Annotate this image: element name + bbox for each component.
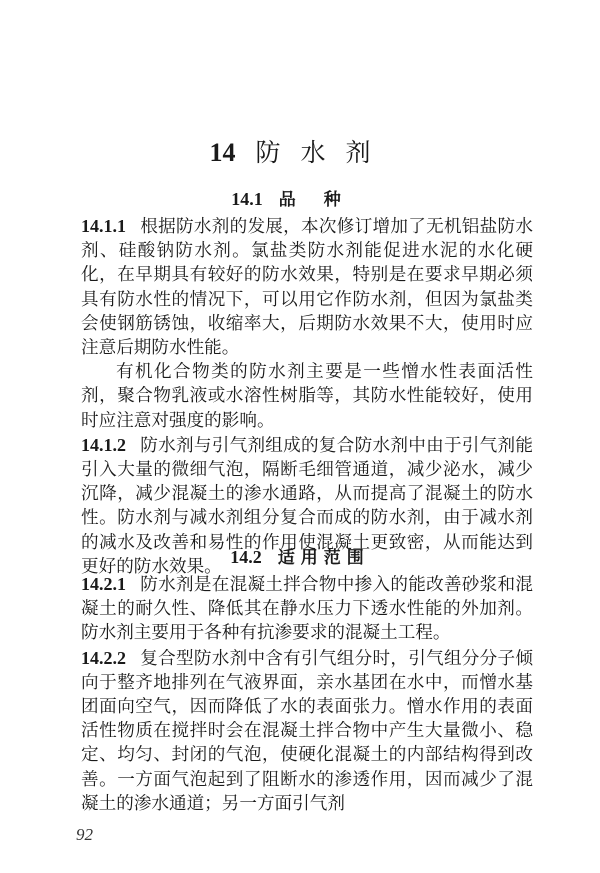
clause-text: 复合型防水剂中含有引气组分时，引气组分分子倾向于整齐地排列在气液界面，亲水基团在… (81, 649, 533, 814)
document-page: 14防水剂 14.1品种 14.1.1根据防水剂的发展，本次修订增加了无机铝盐防… (0, 0, 600, 873)
chapter-title: 14防水剂 (0, 133, 600, 169)
clause-text: 根据防水剂的发展，本次修订增加了无机铝盐防水剂、硅酸钠防水剂。氯盐类防水剂能促进… (81, 217, 533, 358)
clause-number: 14.1.2 (81, 435, 126, 455)
clause-number: 14.2.2 (81, 648, 126, 668)
clause-14-1-1: 14.1.1根据防水剂的发展，本次修订增加了无机铝盐防水剂、硅酸钠防水剂。氯盐类… (81, 214, 533, 360)
paragraph-text: 有机化合物类的防水剂主要是一些憎水性表面活性剂，聚合物乳液或水溶性树脂等，其防水… (81, 362, 533, 430)
clause-number: 14.1.1 (81, 216, 126, 236)
section-number: 14.2 (230, 547, 262, 567)
section-heading-14-1: 14.1品种 (0, 185, 600, 210)
clause-14-2-2: 14.2.2复合型防水剂中含有引气组分时，引气组分分子倾向于整齐地排列在气液界面… (81, 646, 533, 816)
section-heading-14-2: 14.2适用范围 (0, 543, 600, 568)
clause-text: 防水剂是在混凝土拌合物中掺入的能改善砂浆和混凝土的耐久性、降低其在静水压力下透水… (81, 575, 533, 643)
chapter-number: 14 (209, 138, 235, 167)
section-body-14-1: 14.1.1根据防水剂的发展，本次修订增加了无机铝盐防水剂、硅酸钠防水剂。氯盐类… (81, 214, 533, 579)
chapter-name: 防水剂 (255, 138, 390, 167)
clause-14-2-1: 14.2.1防水剂是在混凝土拌合物中掺入的能改善砂浆和混凝土的耐久性、降低其在静… (81, 572, 533, 646)
clause-number: 14.2.1 (81, 574, 126, 594)
section-name: 适用范围 (278, 548, 370, 568)
paragraph-organic-compounds: 有机化合物类的防水剂主要是一些憎水性表面活性剂，聚合物乳液或水溶性树脂等，其防水… (81, 360, 533, 433)
section-name: 品种 (279, 190, 369, 210)
section-body-14-2: 14.2.1防水剂是在混凝土拌合物中掺入的能改善砂浆和混凝土的耐久性、降低其在静… (81, 572, 533, 816)
section-number: 14.1 (231, 189, 263, 209)
page-number: 92 (76, 825, 93, 845)
